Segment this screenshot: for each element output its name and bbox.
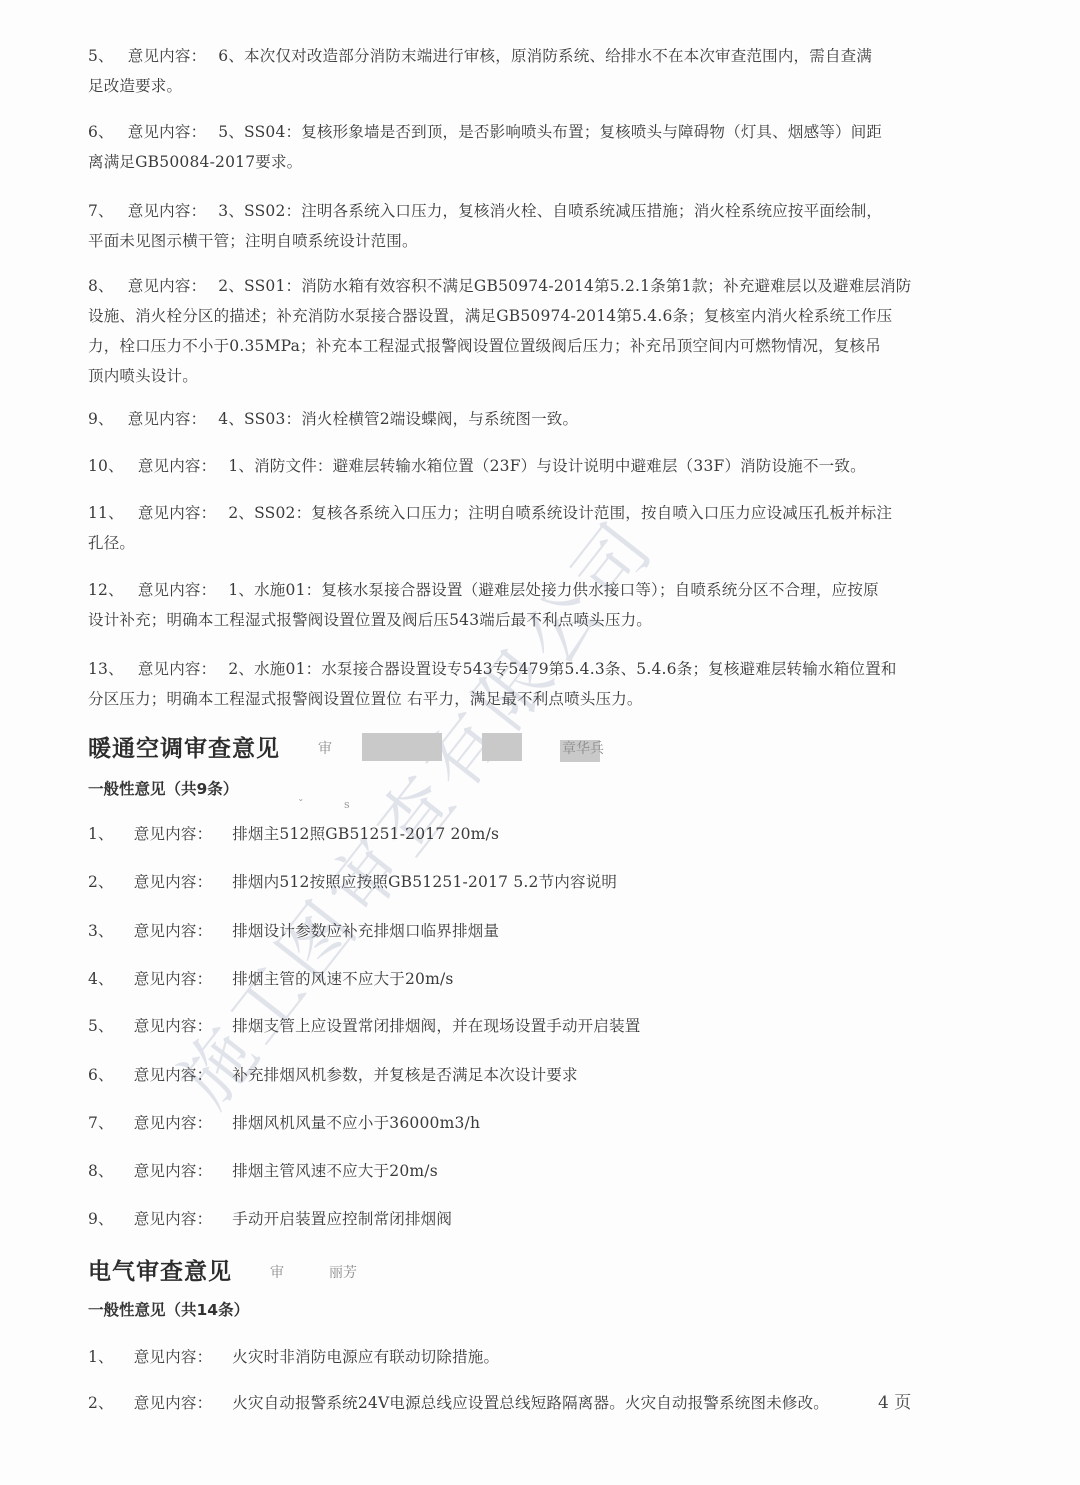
list-item: 7、意见内容：3、SS02：注明各系统入口压力，复核消火栓、自喷系统减压措施；消… [88, 196, 968, 256]
list-item: 5、意见内容：6、本次仅对改造部分消防末端进行审核，原消防系统、给排水不在本次审… [88, 41, 968, 101]
list-item: 9、意见内容：手动开启装置应控制常闭排烟阀 [88, 1204, 968, 1234]
list-item: 10、意见内容：1、消防文件：避难层转输水箱位置（23F）与设计说明中避难层（3… [88, 451, 968, 481]
subtitle-hvac: 一般性意见（共9条） [88, 777, 238, 799]
list-item: 1、意见内容：排烟主512照GB51251-2017 20m/s [88, 819, 968, 849]
scan-artifact: ˇ [298, 798, 304, 811]
list-item: 3、意见内容：排烟设计参数应补充排烟口临界排烟量 [88, 916, 968, 946]
reviewer-prefix: 审 [318, 738, 332, 758]
reviewer-name: 丽芳 [329, 1262, 357, 1282]
list-item: 2、意见内容：火灾自动报警系统24V电源总线应设置总线短路隔离器。火灾自动报警系… [88, 1388, 968, 1418]
scan-artifact: s [344, 798, 350, 811]
reviewer-prefix: 审 [270, 1262, 284, 1282]
list-item: 7、意见内容：排烟风机风量不应小于36000m3/h [88, 1108, 968, 1138]
document-page: 施工图审查有限公司 5、意见内容：6、本次仅对改造部分消防末端进行审核，原消防系… [0, 0, 1080, 1485]
redacted-block [362, 733, 442, 761]
list-item: 11、意见内容：2、SS02：复核各系统入口压力；注明自喷系统设计范围，按自喷入… [88, 498, 968, 558]
redacted-block [482, 733, 522, 761]
list-item: 13、意见内容：2、水施01：水泵接合器设置设专543专5479第5.4.3条、… [88, 654, 968, 714]
reviewer-name: 章华兵 [562, 738, 604, 758]
list-item: 2、意见内容：排烟内512按照应按照GB51251-2017 5.2节内容说明 [88, 867, 968, 897]
page-number: 4 页 [878, 1388, 911, 1413]
subtitle-electrical: 一般性意见（共14条） [88, 1298, 249, 1320]
list-item: 8、意见内容：排烟主管风速不应大于20m/s [88, 1156, 968, 1186]
list-item: 6、意见内容：5、SS04：复核形象墙是否到顶，是否影响喷头布置；复核喷头与障碍… [88, 117, 968, 177]
section-title-electrical: 电气审查意见 [88, 1253, 232, 1286]
list-item: 12、意见内容：1、水施01：复核水泵接合器设置（避难层处接力供水接口等）；自喷… [88, 575, 968, 635]
list-item: 5、意见内容：排烟支管上应设置常闭排烟阀，并在现场设置手动开启装置 [88, 1011, 968, 1041]
list-item: 6、意见内容：补充排烟风机参数，并复核是否满足本次设计要求 [88, 1060, 968, 1090]
list-item: 4、意见内容：排烟主管的风速不应大于20m/s [88, 964, 968, 994]
section-title-hvac: 暖通空调审查意见 [88, 730, 280, 763]
list-item: 1、意见内容：火灾时非消防电源应有联动切除措施。 [88, 1342, 968, 1372]
list-item: 9、意见内容：4、SS03：消火栓横管2端设蝶阀，与系统图一致。 [88, 404, 968, 434]
list-item: 8、意见内容：2、SS01：消防水箱有效容积不满足GB50974-2014第5.… [88, 271, 968, 391]
